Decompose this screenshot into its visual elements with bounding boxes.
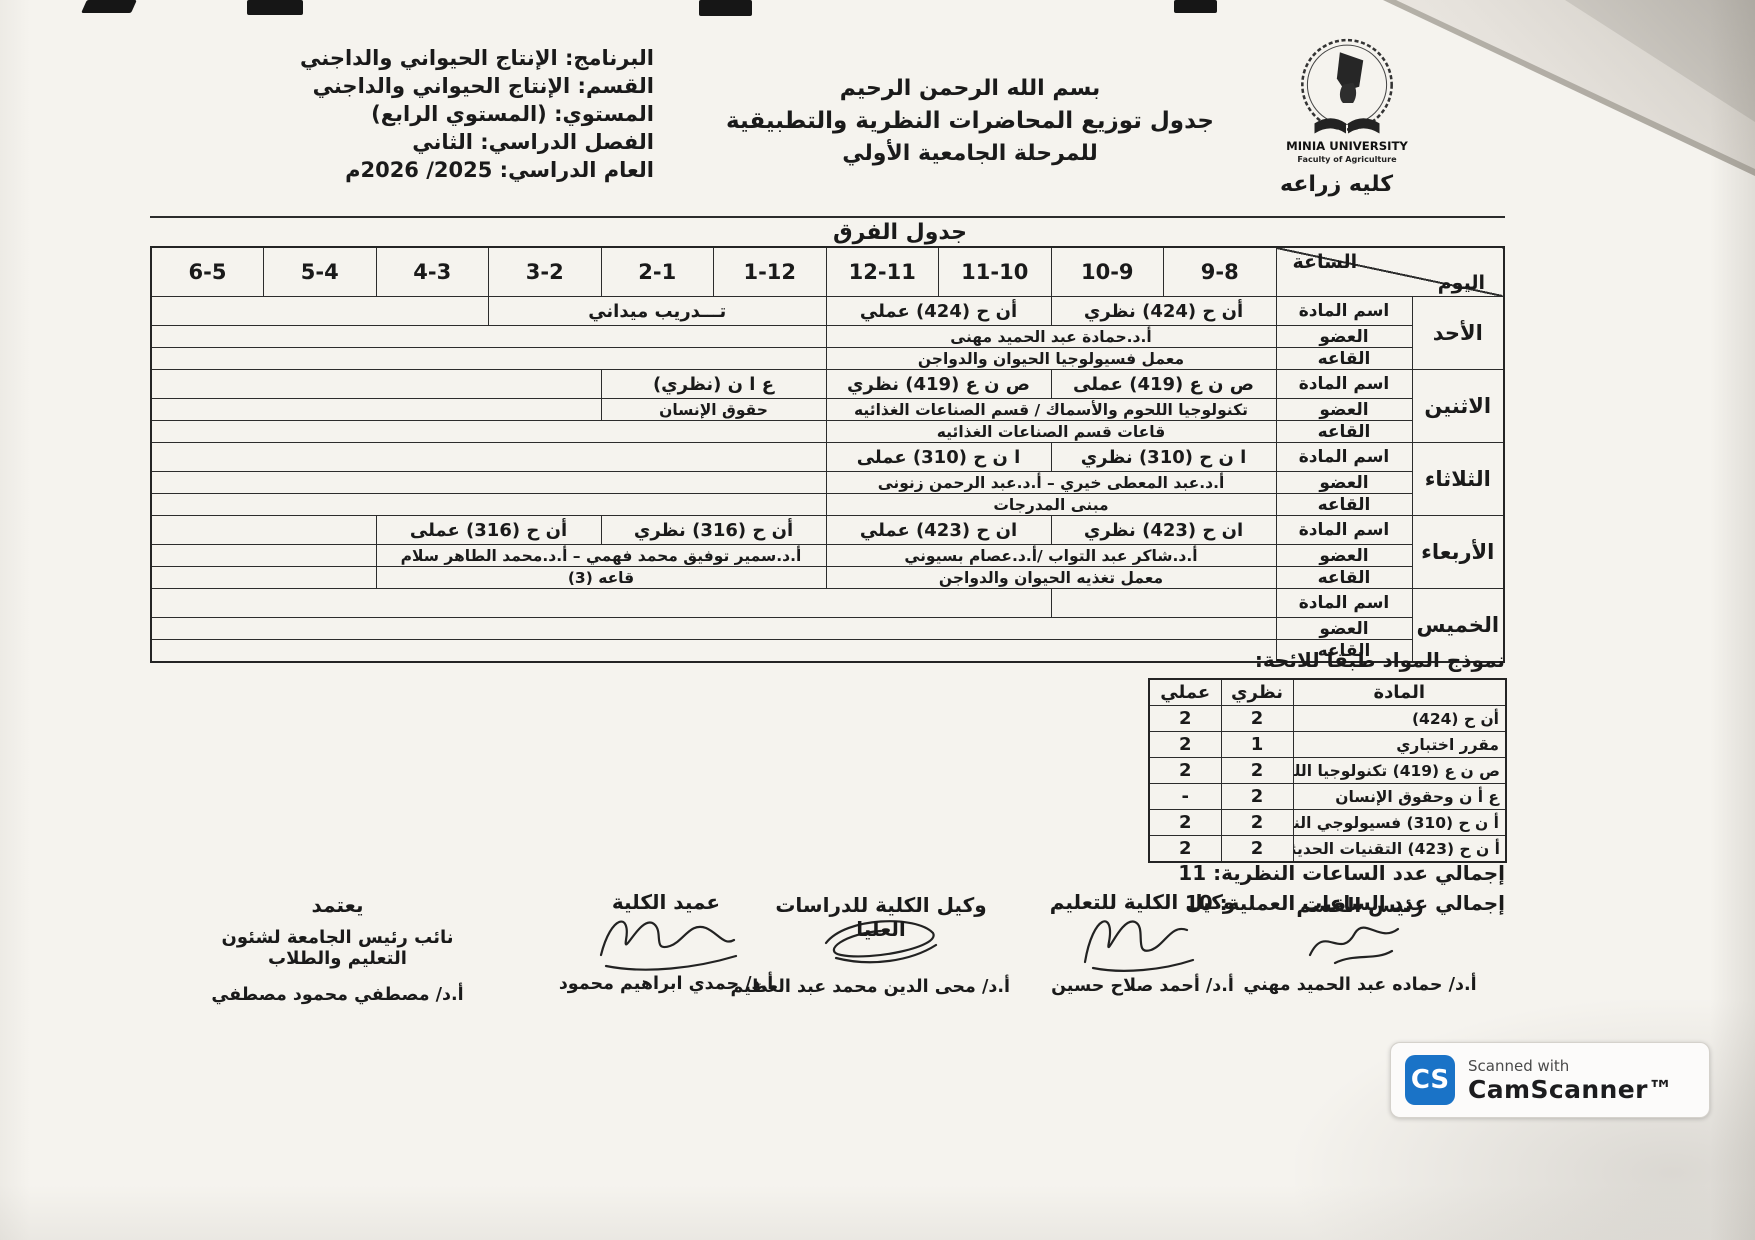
signature-title: وكيل الكلية للدراسات العليا: [752, 893, 1010, 941]
hour-column-header: 12-11: [826, 247, 939, 297]
schedule-entry: أ.د.عبد المعطى خيري – أ.د.عبد الرحمن زنو…: [826, 472, 1276, 494]
schedule-empty-cell: [151, 326, 826, 348]
theory-hours: 2: [1221, 784, 1293, 810]
course-name: ص ن ع (419) تكنولوجيا اللحوم: [1293, 758, 1506, 784]
hour-column-header: 3-2: [489, 247, 602, 297]
signature-block: وكيل الكلية للتعليمأ.د/ أحمد صلاح حسين: [1020, 890, 1265, 996]
schedule-row: العضوأ.د.عبد المعطى خيري – أ.د.عبد الرحم…: [151, 472, 1504, 494]
schedule-empty-cell: [151, 472, 826, 494]
signature-subtitle: نائب رئيس الجامعة لشئون التعليم والطلاب: [200, 927, 475, 969]
signature-title: يعتمد: [200, 893, 475, 917]
schedule-entry: قاعه (3): [376, 567, 826, 589]
regulation-table: المادةنظريعمليأن ح (424)22مقرر اختباري12…: [1148, 678, 1507, 863]
schedule-entry: أن ح (424) نظري: [1051, 297, 1276, 326]
signature-title: رئيس القسم: [1240, 893, 1480, 917]
signature-block: رئيس القسمأ.د/ حماده عبد الحميد مهني: [1240, 893, 1480, 995]
day-name: الثلاثاء: [1412, 443, 1504, 516]
schedule-entry: ص ن ع (419) نظري: [826, 370, 1051, 399]
row-type-label: العضو: [1276, 545, 1412, 567]
practical-hours: -: [1149, 784, 1221, 810]
schedule-entry: ان ح (423) عملي: [826, 516, 1051, 545]
schedule-row: القاعهمعمل فسيولوجيا الحيوان والدواجن: [151, 348, 1504, 370]
regulation-row: ع أ ن وحقوق الإنسان2-: [1149, 784, 1506, 810]
theory-column-header: نظري: [1221, 679, 1293, 706]
course-name: أ ن ح (310) فسيولوجي النمو: [1293, 810, 1506, 836]
day-name: الاثنين: [1412, 370, 1504, 443]
schedule-empty-cell: [151, 567, 376, 589]
bismillah: بسم الله الرحمن الرحيم: [690, 76, 1250, 101]
document-header: بسم الله الرحمن الرحيم جدول توزيع المحاض…: [690, 76, 1250, 166]
day-name: الأربعاء: [1412, 516, 1504, 589]
practical-column-header: عملي: [1149, 679, 1221, 706]
row-type-label: العضو: [1276, 399, 1412, 421]
camscanner-watermark: CS Scanned with CamScanner™: [1390, 1042, 1710, 1118]
schedule-row: الأربعاءاسم المادةان ح (423) نظريان ح (4…: [151, 516, 1504, 545]
day-name: الأحد: [1412, 297, 1504, 370]
regulation-row: أن ح (424)22: [1149, 706, 1506, 732]
schedule-entry: معمل فسيولوجيا الحيوان والدواجن: [826, 348, 1276, 370]
schedule-empty-cell: [151, 545, 376, 567]
camscanner-logo-icon: CS: [1405, 1055, 1455, 1105]
regulation-title: نموذج المواد طبقا للائحة:: [1085, 648, 1505, 672]
schedule-row: الثلاثاءاسم المادةا ن ح (310) نظريا ن ح …: [151, 443, 1504, 472]
row-type-label: العضو: [1276, 618, 1412, 640]
scanned-page: البرنامج: الإنتاج الحيواني والداجني القس…: [0, 0, 1755, 1240]
row-type-label: اسم المادة: [1276, 443, 1412, 472]
practical-hours: 2: [1149, 706, 1221, 732]
academic-year-line: العام الدراسي: 2025/ 2026م: [228, 156, 654, 184]
row-type-label: اسم المادة: [1276, 297, 1412, 326]
hour-column-header: 10-9: [1051, 247, 1164, 297]
schedule-empty-cell: [151, 443, 826, 472]
schedule-empty-cell: [151, 399, 601, 421]
schedule-entry: أن ح (424) عملي: [826, 297, 1051, 326]
schedule-row: الأحداسم المادةأن ح (424) نظريأن ح (424)…: [151, 297, 1504, 326]
schedule-entry: حقوق الإنسان: [601, 399, 826, 421]
schedule-entry: ع ا ن (نظري): [601, 370, 826, 399]
schedule-row: الخميساسم المادة: [151, 589, 1504, 618]
camscanner-text: Scanned with CamScanner™: [1468, 1057, 1673, 1104]
row-type-label: العضو: [1276, 326, 1412, 348]
row-type-label: العضو: [1276, 472, 1412, 494]
schedule-entry: ص ن ع (419) عملى: [1051, 370, 1276, 399]
schedule-entry: ا ن ح (310) نظري: [1051, 443, 1276, 472]
hour-column-header: 2-1: [601, 247, 714, 297]
schedule-header-row: الساعةاليوم9-810-911-1012-111-122-13-24-…: [151, 247, 1504, 297]
schedule-row: العضو: [151, 618, 1504, 640]
scan-mark: [1174, 0, 1217, 13]
program-line: البرنامج: الإنتاج الحيواني والداجني: [228, 44, 654, 72]
schedule-empty-cell: [1051, 589, 1276, 618]
department-line: القسم: الإنتاج الحيواني والداجني: [228, 72, 654, 100]
schedule-title: جدول الفرق: [760, 220, 1040, 245]
row-type-label: القاعه: [1276, 567, 1412, 589]
signature-title: وكيل الكلية للتعليم: [1020, 890, 1265, 914]
university-logo: MINIA UNIVERSITY Faculty of Agriculture …: [1280, 34, 1414, 197]
schedule-empty-cell: [151, 297, 489, 326]
regulation-row: مقرر اختباري12: [1149, 732, 1506, 758]
signature-block: يعتمدنائب رئيس الجامعة لشئون التعليم وال…: [200, 893, 475, 1005]
scan-shadow: [1295, 1000, 1755, 1240]
schedule-entry: ان ح (423) نظري: [1051, 516, 1276, 545]
scanned-with-label: Scanned with: [1468, 1057, 1673, 1075]
regulation-header-row: المادةنظريعملي: [1149, 679, 1506, 706]
signature-block: وكيل الكلية للدراسات العلياأ.د/ محى الدي…: [752, 893, 1010, 997]
practical-hours: 2: [1149, 732, 1221, 758]
schedule-row: العضوتكنولوجيا اللحوم والأسماك / قسم الص…: [151, 399, 1504, 421]
schedule-row: الاثنيناسم المادةص ن ع (419) عملىص ن ع (…: [151, 370, 1504, 399]
schedule-empty-cell: [151, 618, 1276, 640]
schedule-empty-cell: [151, 494, 826, 516]
course-name: ع أ ن وحقوق الإنسان: [1293, 784, 1506, 810]
horizontal-rule: [150, 216, 1505, 218]
schedule-row: العضوأ.د.حمادة عبد الحميد مهنى: [151, 326, 1504, 348]
scan-mark: [247, 0, 303, 15]
level-line: المستوي: (المستوي الرابع): [228, 100, 654, 128]
theory-hours: 1: [1221, 732, 1293, 758]
regulation-row: ص ن ع (419) تكنولوجيا اللحوم22: [1149, 758, 1506, 784]
schedule-row: القاعهقاعات قسم الصناعات الغذائيه: [151, 421, 1504, 443]
schedule-entry: ا ن ح (310) عملى: [826, 443, 1051, 472]
scan-mark: [699, 0, 752, 16]
semester-line: الفصل الدراسي: الثاني: [228, 128, 654, 156]
theory-hours-total: إجمالي عدد الساعات النظرية: 11: [1085, 858, 1505, 888]
faculty-name-ar: كليه زراعه: [1280, 172, 1414, 197]
schedule-entry: أ.د.حمادة عبد الحميد مهنى: [826, 326, 1276, 348]
scan-mark: [81, 0, 137, 13]
schedule-row: القاعهمعمل تغذيه الحيوان والدواجنقاعه (3…: [151, 567, 1504, 589]
course-column-header: المادة: [1293, 679, 1506, 706]
practical-hours: 2: [1149, 810, 1221, 836]
schedule-entry: أ.د.سمير توفيق محمد فهمي – أ.د.محمد الطا…: [376, 545, 826, 567]
row-type-label: القاعه: [1276, 494, 1412, 516]
schedule-empty-cell: [151, 348, 826, 370]
schedule-empty-cell: [151, 370, 601, 399]
camscanner-label: CamScanner™: [1468, 1075, 1673, 1104]
schedule-entry: أ.د.شاكر عبد التواب /أ.د.عصام بسيوني: [826, 545, 1276, 567]
hour-column-header: 1-12: [714, 247, 827, 297]
theory-hours: 2: [1221, 810, 1293, 836]
schedule-empty-cell: [151, 516, 376, 545]
schedule-empty-cell: [151, 421, 826, 443]
schedule-entry: معمل تغذيه الحيوان والدواجن: [826, 567, 1276, 589]
course-name: مقرر اختباري: [1293, 732, 1506, 758]
regulation-row: أ ن ح (310) فسيولوجي النمو22: [1149, 810, 1506, 836]
course-name: أن ح (424): [1293, 706, 1506, 732]
hour-column-header: 11-10: [939, 247, 1052, 297]
theory-hours: 2: [1221, 706, 1293, 732]
university-name-en: MINIA UNIVERSITY: [1286, 139, 1408, 153]
schedule-entry: أن ح (316) نظري: [601, 516, 826, 545]
practical-hours: 2: [1149, 758, 1221, 784]
class-schedule-table: الساعةاليوم9-810-911-1012-111-122-13-24-…: [150, 246, 1505, 663]
schedule-empty-cell: [151, 589, 1051, 618]
hour-column-header: 9-8: [1164, 247, 1277, 297]
day-axis-label: اليوم: [1438, 272, 1485, 294]
hours-axis-label: الساعة: [1293, 251, 1358, 273]
faculty-name-en: Faculty of Agriculture: [1297, 154, 1397, 164]
schedule-entry: تـــدريب ميداني: [489, 297, 827, 326]
schedule-row: العضوأ.د.شاكر عبد التواب /أ.د.عصام بسيون…: [151, 545, 1504, 567]
schedule-entry: مبنى المدرجات: [826, 494, 1276, 516]
hour-column-header: 6-5: [151, 247, 264, 297]
hour-column-header: 4-3: [376, 247, 489, 297]
document-title: جدول توزيع المحاضرات النظرية والتطبيقية: [690, 108, 1250, 134]
signature-title: عميد الكلية: [552, 890, 780, 914]
row-type-label: اسم المادة: [1276, 589, 1412, 618]
row-type-label: اسم المادة: [1276, 516, 1412, 545]
row-type-label: القاعه: [1276, 348, 1412, 370]
signatory-name: أ.د/ مصطفي محمود مصطفي: [200, 985, 475, 1005]
row-type-label: القاعه: [1276, 421, 1412, 443]
schedule-row: القاعهمبنى المدرجات: [151, 494, 1504, 516]
program-info: البرنامج: الإنتاج الحيواني والداجني القس…: [228, 44, 654, 184]
theory-hours: 2: [1221, 758, 1293, 784]
schedule-entry: أن ح (316) عملى: [376, 516, 601, 545]
hour-column-header: 5-4: [264, 247, 377, 297]
day-hour-corner-cell: الساعةاليوم: [1276, 247, 1504, 297]
signature-block: عميد الكليةأ.د/ حمدي ابراهيم محمود: [552, 890, 780, 994]
university-emblem-icon: MINIA UNIVERSITY Faculty of Agriculture: [1283, 34, 1411, 166]
document-subtitle: للمرحلة الجامعية الأولي: [690, 141, 1250, 166]
schedule-entry: قاعات قسم الصناعات الغذائيه: [826, 421, 1276, 443]
schedule-entry: تكنولوجيا اللحوم والأسماك / قسم الصناعات…: [826, 399, 1276, 421]
row-type-label: اسم المادة: [1276, 370, 1412, 399]
